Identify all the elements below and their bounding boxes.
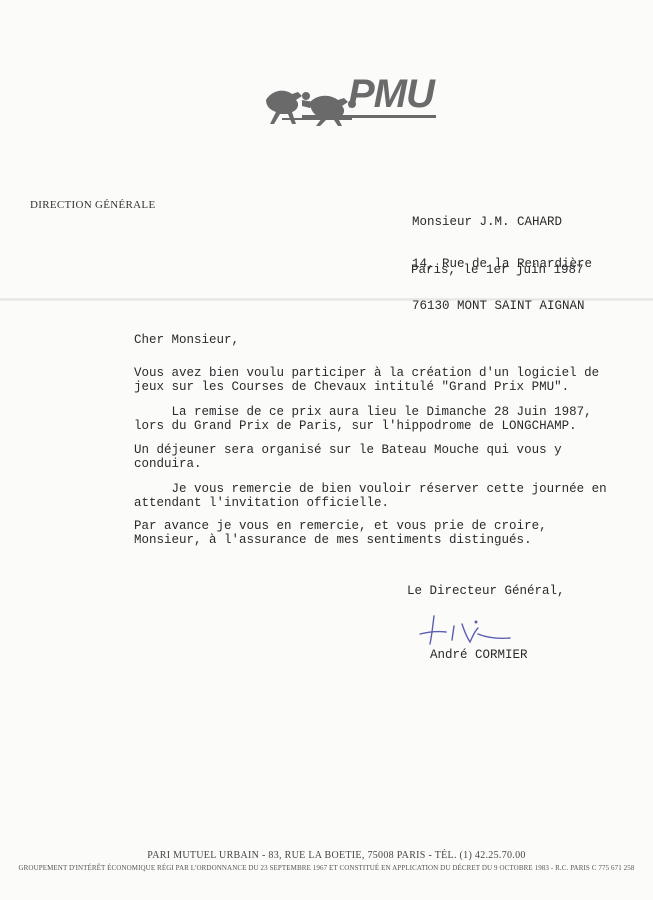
paragraph: Par avance je vous en remercie, et vous … (134, 519, 547, 547)
recipient-name: Monsieur J.M. CAHARD (412, 215, 592, 229)
footer-address: PARI MUTUEL URBAIN - 83, RUE LA BOETIE, … (0, 850, 653, 861)
date-line: Paris, le 1er juin 1987 (411, 263, 584, 277)
signature (418, 612, 518, 648)
closing-title: Le Directeur Général, (407, 584, 565, 598)
logo-underline (302, 115, 436, 118)
paragraph: Je vous remercie de bien vouloir réserve… (134, 482, 607, 510)
department-label: DIRECTION GÉNÉRALE (30, 199, 155, 211)
recipient-address: Monsieur J.M. CAHARD 14, Rue de la Renar… (412, 187, 592, 327)
trotting-horses-icon (262, 84, 358, 128)
paragraph: Vous avez bien voulu participer à la cré… (134, 366, 599, 394)
signer-name: André CORMIER (430, 648, 528, 662)
recipient-city: 76130 MONT SAINT AIGNAN (412, 299, 592, 313)
logo-text: PMU (348, 72, 434, 117)
paragraph: La remise de ce prix aura lieu le Dimanc… (134, 405, 592, 433)
pmu-logo: PMU (262, 78, 440, 128)
salutation: Cher Monsieur, (134, 333, 239, 347)
paragraph: Un déjeuner sera organisé sur le Bateau … (134, 443, 562, 471)
footer-legal: GROUPEMENT D'INTÉRÊT ÉCONOMIQUE RÉGI PAR… (0, 864, 653, 872)
